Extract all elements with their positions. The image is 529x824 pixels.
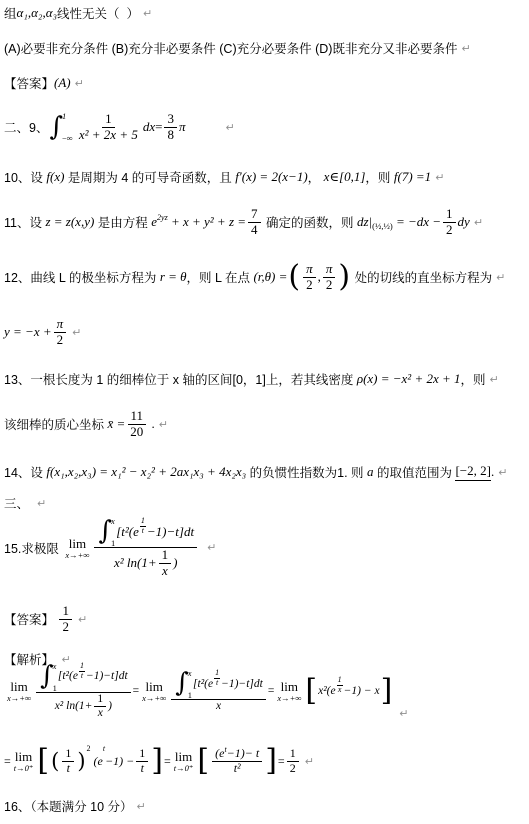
left-paren: ( bbox=[51, 751, 59, 772]
pilcrow-mark: ↵ bbox=[159, 418, 168, 431]
pilcrow-mark: ↵ bbox=[72, 326, 81, 339]
math-run: f(x₁,x₂,x₃) = x₁² − x₂² + 2ax₁x₃ + 4x₂x₃ bbox=[46, 464, 246, 480]
section-label: 三、 bbox=[4, 494, 29, 512]
math-run: α₁,α₂,α₃ bbox=[17, 5, 58, 21]
math-run: = −dx − bbox=[393, 214, 441, 230]
pilcrow-mark: ↵ bbox=[435, 171, 444, 184]
fraction: 1 2 bbox=[287, 747, 299, 776]
text-run: 该细棒的质心坐标 bbox=[4, 415, 107, 433]
text-run: 是周期为 4 的可导奇函数，且 bbox=[64, 168, 235, 186]
fraction: π 2 bbox=[323, 262, 336, 293]
math-run: ρ(x) = −x² + 2x + 1 bbox=[357, 371, 461, 387]
integral: ∫ x 1 bbox=[40, 662, 57, 692]
pilcrow-mark: ↵ bbox=[461, 42, 470, 55]
text-run: 线性无关（ ） bbox=[57, 4, 139, 22]
options-text: (A)必要非充分条件 (B)充分非必要条件 (C)充分必要条件 (D)既非充分又… bbox=[4, 39, 457, 57]
fraction: 1 t bbox=[62, 747, 74, 776]
answer-line: 【答案】 1 2 ↵ bbox=[4, 604, 87, 635]
pilcrow-mark: ↵ bbox=[207, 541, 216, 554]
fraction: 11 20 bbox=[127, 409, 146, 440]
left-bracket: [ bbox=[37, 746, 49, 776]
math-run: dy bbox=[458, 214, 470, 230]
derivation-line-2: = lim t→0⁺ [ ( 1 t ) 2 (e t −1) − 1 t ] … bbox=[4, 746, 314, 776]
fraction: ∫ x 1 [t²(e 1 t −1)−t]dt x² ln(1+ 1 x bbox=[36, 662, 131, 720]
text-run: ，则 bbox=[461, 370, 486, 388]
equals-sign: = bbox=[133, 685, 140, 697]
pilcrow-mark: ↵ bbox=[37, 497, 46, 510]
question-13-continuation-line: 该细棒的质心坐标 x̄ = 11 20 . ↵ bbox=[4, 409, 168, 440]
text-run: 13、一根长度为 1 的细棒位于 x 轴的区间[0，1]上，若其线密度 bbox=[4, 370, 357, 388]
text-run: 是由方程 bbox=[94, 213, 151, 231]
answer-interval: [−2, 2] bbox=[455, 463, 491, 481]
numerator: ∫ x 1 [t²(e 1 t −1)−t]dt bbox=[94, 517, 197, 548]
right-paren: ) bbox=[338, 262, 350, 292]
question-13-line: 13、一根长度为 1 的细棒位于 x 轴的区间[0，1]上，若其线密度 ρ(x)… bbox=[4, 370, 499, 388]
text-run: ， bbox=[308, 168, 324, 186]
answer-label: 【答案】 bbox=[4, 610, 57, 628]
math-run: π bbox=[179, 119, 186, 135]
limit-operator: lim x→+∞ bbox=[7, 680, 31, 703]
integral-sign: ∫ bbox=[40, 665, 54, 688]
math-run: f(x) bbox=[46, 169, 64, 185]
math-run: y = −x + bbox=[4, 324, 52, 340]
text-run: 16、（本题满分 10 分） bbox=[4, 797, 133, 815]
fraction: ∫ x 1 [t²(e 1 t −1)−t]dt x² ln(1+ 1 x bbox=[94, 517, 197, 579]
pilcrow-mark: ↵ bbox=[496, 271, 505, 284]
fraction: 1 2 bbox=[443, 207, 456, 238]
right-bracket: ] bbox=[381, 676, 393, 706]
math-run: dz| bbox=[357, 214, 372, 230]
fraction: 7 4 bbox=[248, 207, 261, 238]
exponent: 2 bbox=[87, 744, 91, 753]
section-three-line: 三、 ↵ bbox=[4, 494, 46, 512]
pilcrow-mark: ↵ bbox=[137, 800, 146, 813]
exponent: 2yz bbox=[157, 213, 168, 222]
pilcrow-mark: ↵ bbox=[305, 755, 314, 768]
text-run: 处的切线的直坐标方程为 bbox=[351, 268, 492, 286]
question-9-line: 二、9、 ∫ 1 −∞ 1 x² + 2x + 5 dx = 3 8 π ↵ bbox=[4, 112, 235, 143]
fraction: 1 x bbox=[159, 548, 172, 579]
denominator: x² ln(1+ 1 x ) bbox=[111, 548, 180, 579]
left-bracket: [ bbox=[305, 676, 317, 706]
right-bracket: ] bbox=[151, 746, 163, 776]
integral: ∫ x 1 bbox=[175, 669, 192, 699]
math-run: f′(x) = 2(x−1) bbox=[235, 169, 307, 185]
text-run: 15.求极限 bbox=[4, 539, 62, 557]
limit-operator: lim t→0⁺ bbox=[14, 750, 34, 773]
answer-value: (A) bbox=[54, 75, 71, 91]
fraction: (e t −1)− t t² bbox=[212, 747, 262, 776]
pilcrow-mark: ↵ bbox=[143, 7, 152, 20]
math-run: (r,θ) = bbox=[253, 269, 287, 285]
fraction: π 2 bbox=[303, 262, 316, 293]
text-run: 确定的函数，则 bbox=[263, 213, 357, 231]
left-bracket: [ bbox=[197, 746, 209, 776]
exponent-fraction: 1 t bbox=[140, 517, 146, 536]
math-run: r = θ bbox=[160, 269, 187, 285]
text-run: 组 bbox=[4, 4, 17, 22]
pilcrow-mark: ↵ bbox=[225, 121, 234, 134]
integral: ∫ x 1 bbox=[98, 517, 115, 547]
math-run: z = z(x,y) bbox=[45, 214, 94, 230]
math-run: x∈[0,1] bbox=[324, 169, 366, 185]
text-run: ，则 bbox=[365, 168, 393, 186]
limit-operator: lim x→+∞ bbox=[142, 680, 166, 703]
equals-sign: = bbox=[268, 685, 275, 697]
question-10-line: 10、设 f(x) 是周期为 4 的可导奇函数，且 f′(x) = 2(x−1)… bbox=[4, 168, 444, 186]
answer-line: 【答案】 (A) ↵ bbox=[4, 74, 84, 92]
integral-sign: ∫ bbox=[49, 116, 63, 139]
question-16-line: 16、（本题满分 10 分） ↵ bbox=[4, 797, 146, 815]
limit-operator: lim x→+∞ bbox=[277, 680, 301, 703]
right-bracket: ] bbox=[265, 746, 277, 776]
fraction: 1 2 bbox=[59, 604, 72, 635]
fraction: 1 x bbox=[94, 693, 106, 720]
text-run: 14、设 bbox=[4, 463, 46, 481]
integral-sign: ∫ bbox=[175, 672, 189, 695]
integral: ∫ 1 −∞ bbox=[49, 112, 72, 142]
math-run: x²(e bbox=[318, 685, 336, 697]
derivation-line-1: lim x→+∞ ∫ x 1 [t²(e 1 t −1)−t]dt bbox=[4, 662, 409, 720]
equals-sign: = bbox=[155, 119, 162, 135]
question-12-line: 12、曲线 L 的极坐标方程为 r = θ ，则 L 在点 (r,θ) = ( … bbox=[4, 262, 505, 293]
text-run: 的取值范围为 bbox=[374, 463, 456, 481]
math-run: x̄ = bbox=[107, 416, 125, 432]
equals-sign: = bbox=[164, 754, 171, 769]
question-11-line: 11、设 z = z(x,y) 是由方程 e 2yz + x + y² + z … bbox=[4, 207, 483, 238]
exponent-fraction: 1 t bbox=[79, 662, 85, 681]
text-run: 10、设 bbox=[4, 168, 46, 186]
answer-label: 【答案】 bbox=[4, 74, 54, 92]
comma: , bbox=[318, 269, 321, 285]
equals-sign: = bbox=[4, 754, 11, 769]
text-run: 的负惯性指数为1. 则 bbox=[246, 463, 367, 481]
document-page: 组 α₁,α₂,α₃ 线性无关（ ） ↵ (A)必要非充分条件 (B)充分非必要… bbox=[0, 0, 529, 824]
math-run: (e bbox=[91, 754, 103, 769]
subscript-point: (½,½) bbox=[372, 221, 393, 231]
fraction: 1 x² + 2x + 5 bbox=[76, 112, 141, 143]
fraction: π 2 bbox=[54, 317, 67, 348]
exponent: t bbox=[224, 745, 226, 754]
integral-limits: 1 −∞ bbox=[62, 112, 73, 142]
math-run: dx bbox=[143, 119, 155, 135]
text-run: 12、曲线 L 的极坐标方程为 bbox=[4, 268, 160, 286]
exponent: t bbox=[103, 744, 105, 753]
text-run: . bbox=[491, 464, 494, 480]
right-paren: ) bbox=[77, 751, 85, 772]
pilcrow-mark: ↵ bbox=[399, 707, 408, 720]
options-line: (A)必要非充分条件 (B)充分非必要条件 (C)充分必要条件 (D)既非充分又… bbox=[4, 39, 471, 57]
left-paren: ( bbox=[288, 262, 300, 292]
pilcrow-mark: ↵ bbox=[78, 613, 87, 626]
tangent-answer-line: y = −x + π 2 ↵ bbox=[4, 317, 81, 348]
limit-operator: lim x→+∞ bbox=[65, 537, 89, 560]
text-run: 二、9、 bbox=[4, 118, 48, 136]
exponent-fraction: 1 t bbox=[214, 669, 220, 688]
text-run: . bbox=[148, 416, 155, 432]
text-run: 11、设 bbox=[4, 213, 45, 231]
pilcrow-mark: ↵ bbox=[490, 373, 499, 386]
math-run: + x + y² + z = bbox=[168, 214, 246, 230]
fraction: ∫ x 1 [t²(e 1 t −1)−t]dt x bbox=[171, 669, 266, 713]
equals-sign: = bbox=[278, 754, 285, 769]
question-15-line: 15.求极限 lim x→+∞ ∫ x 1 [t²(e 1 t −1)−t bbox=[4, 517, 216, 579]
integral-sign: ∫ bbox=[98, 520, 112, 543]
fraction: 1 t bbox=[136, 747, 148, 776]
math-run: −1) − x bbox=[344, 685, 380, 697]
question-14-line: 14、设 f(x₁,x₂,x₃) = x₁² − x₂² + 2ax₁x₃ + … bbox=[4, 463, 507, 481]
pilcrow-mark: ↵ bbox=[474, 216, 483, 229]
exponent-fraction: 1 x bbox=[337, 676, 343, 695]
pilcrow-mark: ↵ bbox=[498, 466, 507, 479]
limit-operator: lim t→0⁺ bbox=[174, 750, 194, 773]
text-run: ，则 L 在点 bbox=[187, 268, 254, 286]
math-run: −1) − bbox=[105, 754, 134, 769]
question-stem-line: 组 α₁,α₂,α₃ 线性无关（ ） ↵ bbox=[4, 4, 152, 22]
pilcrow-mark: ↵ bbox=[75, 77, 84, 90]
math-run: f(7) =1 bbox=[394, 169, 431, 185]
fraction: 3 8 bbox=[164, 112, 177, 143]
